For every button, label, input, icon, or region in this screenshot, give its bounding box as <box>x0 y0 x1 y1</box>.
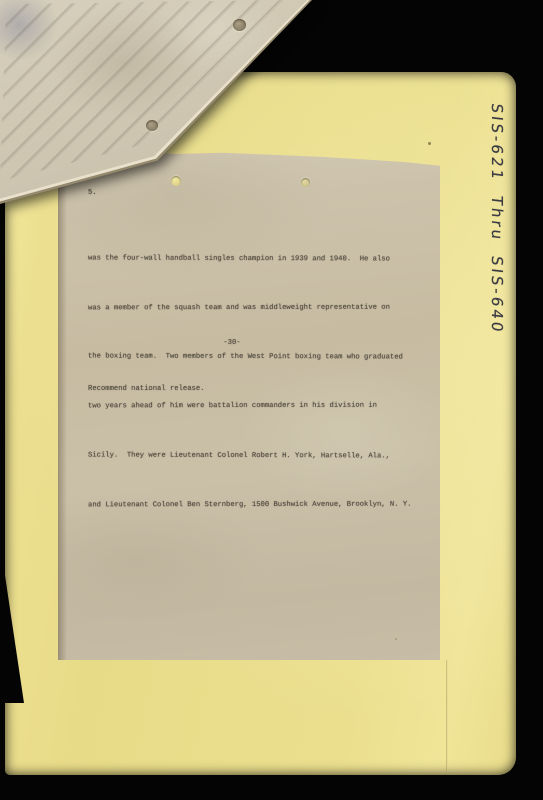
typed-page: 5. was the four-wall handball singles ch… <box>58 152 440 660</box>
paragraph-line: and Lieutenant Colonel Ben Sternberg, 15… <box>88 497 414 514</box>
overlapping-page-punch-hole <box>233 19 246 31</box>
folder-speck <box>428 142 431 145</box>
end-mark: -30- <box>71 335 393 351</box>
release-note: Recommend national release. <box>88 381 204 397</box>
overlapping-page <box>0 0 312 206</box>
page-speck <box>395 638 397 640</box>
paragraph-line: two years ahead of him were battalion co… <box>88 398 414 415</box>
page-edge-shadow <box>58 152 67 660</box>
overlapping-page-punch-hole <box>146 120 158 131</box>
overlapping-page-illegible-text <box>0 0 312 206</box>
overlapping-page-paper <box>0 0 312 206</box>
handwritten-label-wrap: SIS-621 Thru SIS-640 <box>484 83 510 354</box>
paragraph-line: was a member of the squash team and was … <box>88 300 414 317</box>
folder-handwritten-label: SIS-621 Thru SIS-640 <box>488 102 506 335</box>
paragraph-line: Sicily. They were Lieutenant Colonel Rob… <box>88 447 414 464</box>
paragraph-line: was the four-wall handball singles champ… <box>88 250 414 267</box>
archival-photo: { "colors": { "background": "#040404", "… <box>0 0 543 800</box>
folder-crease <box>446 660 448 772</box>
